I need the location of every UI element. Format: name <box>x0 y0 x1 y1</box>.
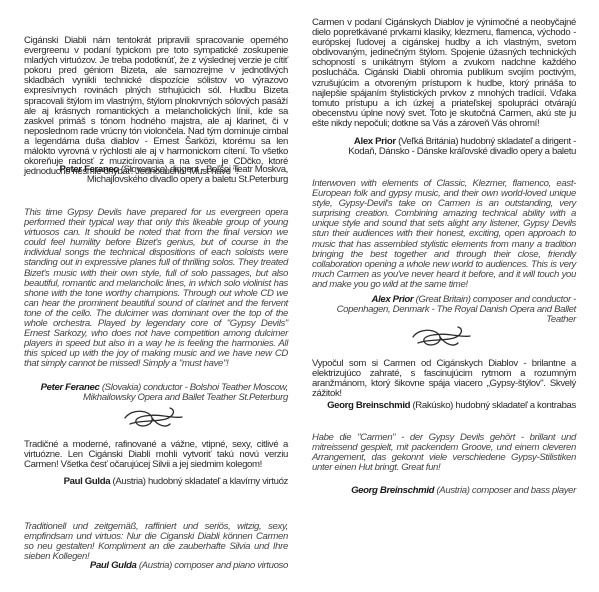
signature-gulda-en: Paul Gulda (Austria) composer and piano … <box>24 561 288 571</box>
review-paragraph-breinschmid-de: Habe die "Carmen" - der Gypsy Devils geh… <box>312 433 576 473</box>
reviewer-name: Georg Breinschmid <box>327 400 410 411</box>
reviewer-credentials: (Rakúsko) hudobný skladateľ a kontrabas <box>410 400 576 411</box>
review-paragraph-feranec-sk: Cigánski Diabli nám tentokrát pripravili… <box>24 36 288 177</box>
reviewer-affiliation: Mikhailowsky Opera and Ballet Teather St… <box>24 393 288 403</box>
reviewer-affiliation: Kodaň, Dánsko - Dánske kráľovské divadlo… <box>312 147 576 157</box>
reviewer-name: Paul Gulda <box>90 560 137 571</box>
signature-breinschmid-sk: Georg Breinschmid (Rakúsko) hudobný skla… <box>312 401 576 411</box>
reviewer-credentials: (Austria) composer and bass player <box>434 485 576 496</box>
signature-prior-en: Alex Prior (Great Britain) composer and … <box>312 295 576 325</box>
signature-breinschmid-en: Georg Breinschmid (Austria) composer and… <box>312 486 576 496</box>
signature-feranec-en: Peter Feranec (Slovakia) conductor - Bol… <box>24 383 288 403</box>
flourish-ornament-icon <box>410 323 472 351</box>
signature-prior-sk: Alex Prior (Veľká Británia) hudobný skla… <box>312 137 576 157</box>
reviewer-name: Georg Breinschmid <box>351 485 434 496</box>
review-paragraph-breinschmid-sk: Vypočul som si Carmen od Cigánskych Diab… <box>312 359 576 399</box>
signature-gulda-sk: Paul Gulda (Austria) hudobný skladateľ a… <box>24 477 288 487</box>
reviewer-affiliation: Michajlovského divadlo opery a baletu St… <box>24 175 288 185</box>
reviewer-credentials: (Austria) composer and piano virtuoso <box>137 560 288 571</box>
reviewer-credentials: (Austria) hudobný skladateľ a klavírny v… <box>110 476 288 487</box>
review-paragraph-gulda-de: Traditionell und zeitgemäß, raffiniert u… <box>24 522 288 562</box>
review-paragraph-prior-sk: Carmen v podaní Cigánskych Diablov je vý… <box>312 18 576 129</box>
review-paragraph-prior-en: Interwoven with elements of Classic, Kle… <box>312 179 576 290</box>
reviewer-name: Paul Gulda <box>64 476 111 487</box>
flourish-ornament-icon <box>122 404 184 432</box>
signature-feranec-sk: Peter Feranec (Slovensko) dirigent - Boľ… <box>24 165 288 185</box>
review-paragraph-feranec-en: This time Gypsy Devils have prepared for… <box>24 208 288 370</box>
review-paragraph-gulda-sk: Tradičné a moderné, rafinované a vážne, … <box>24 440 288 470</box>
